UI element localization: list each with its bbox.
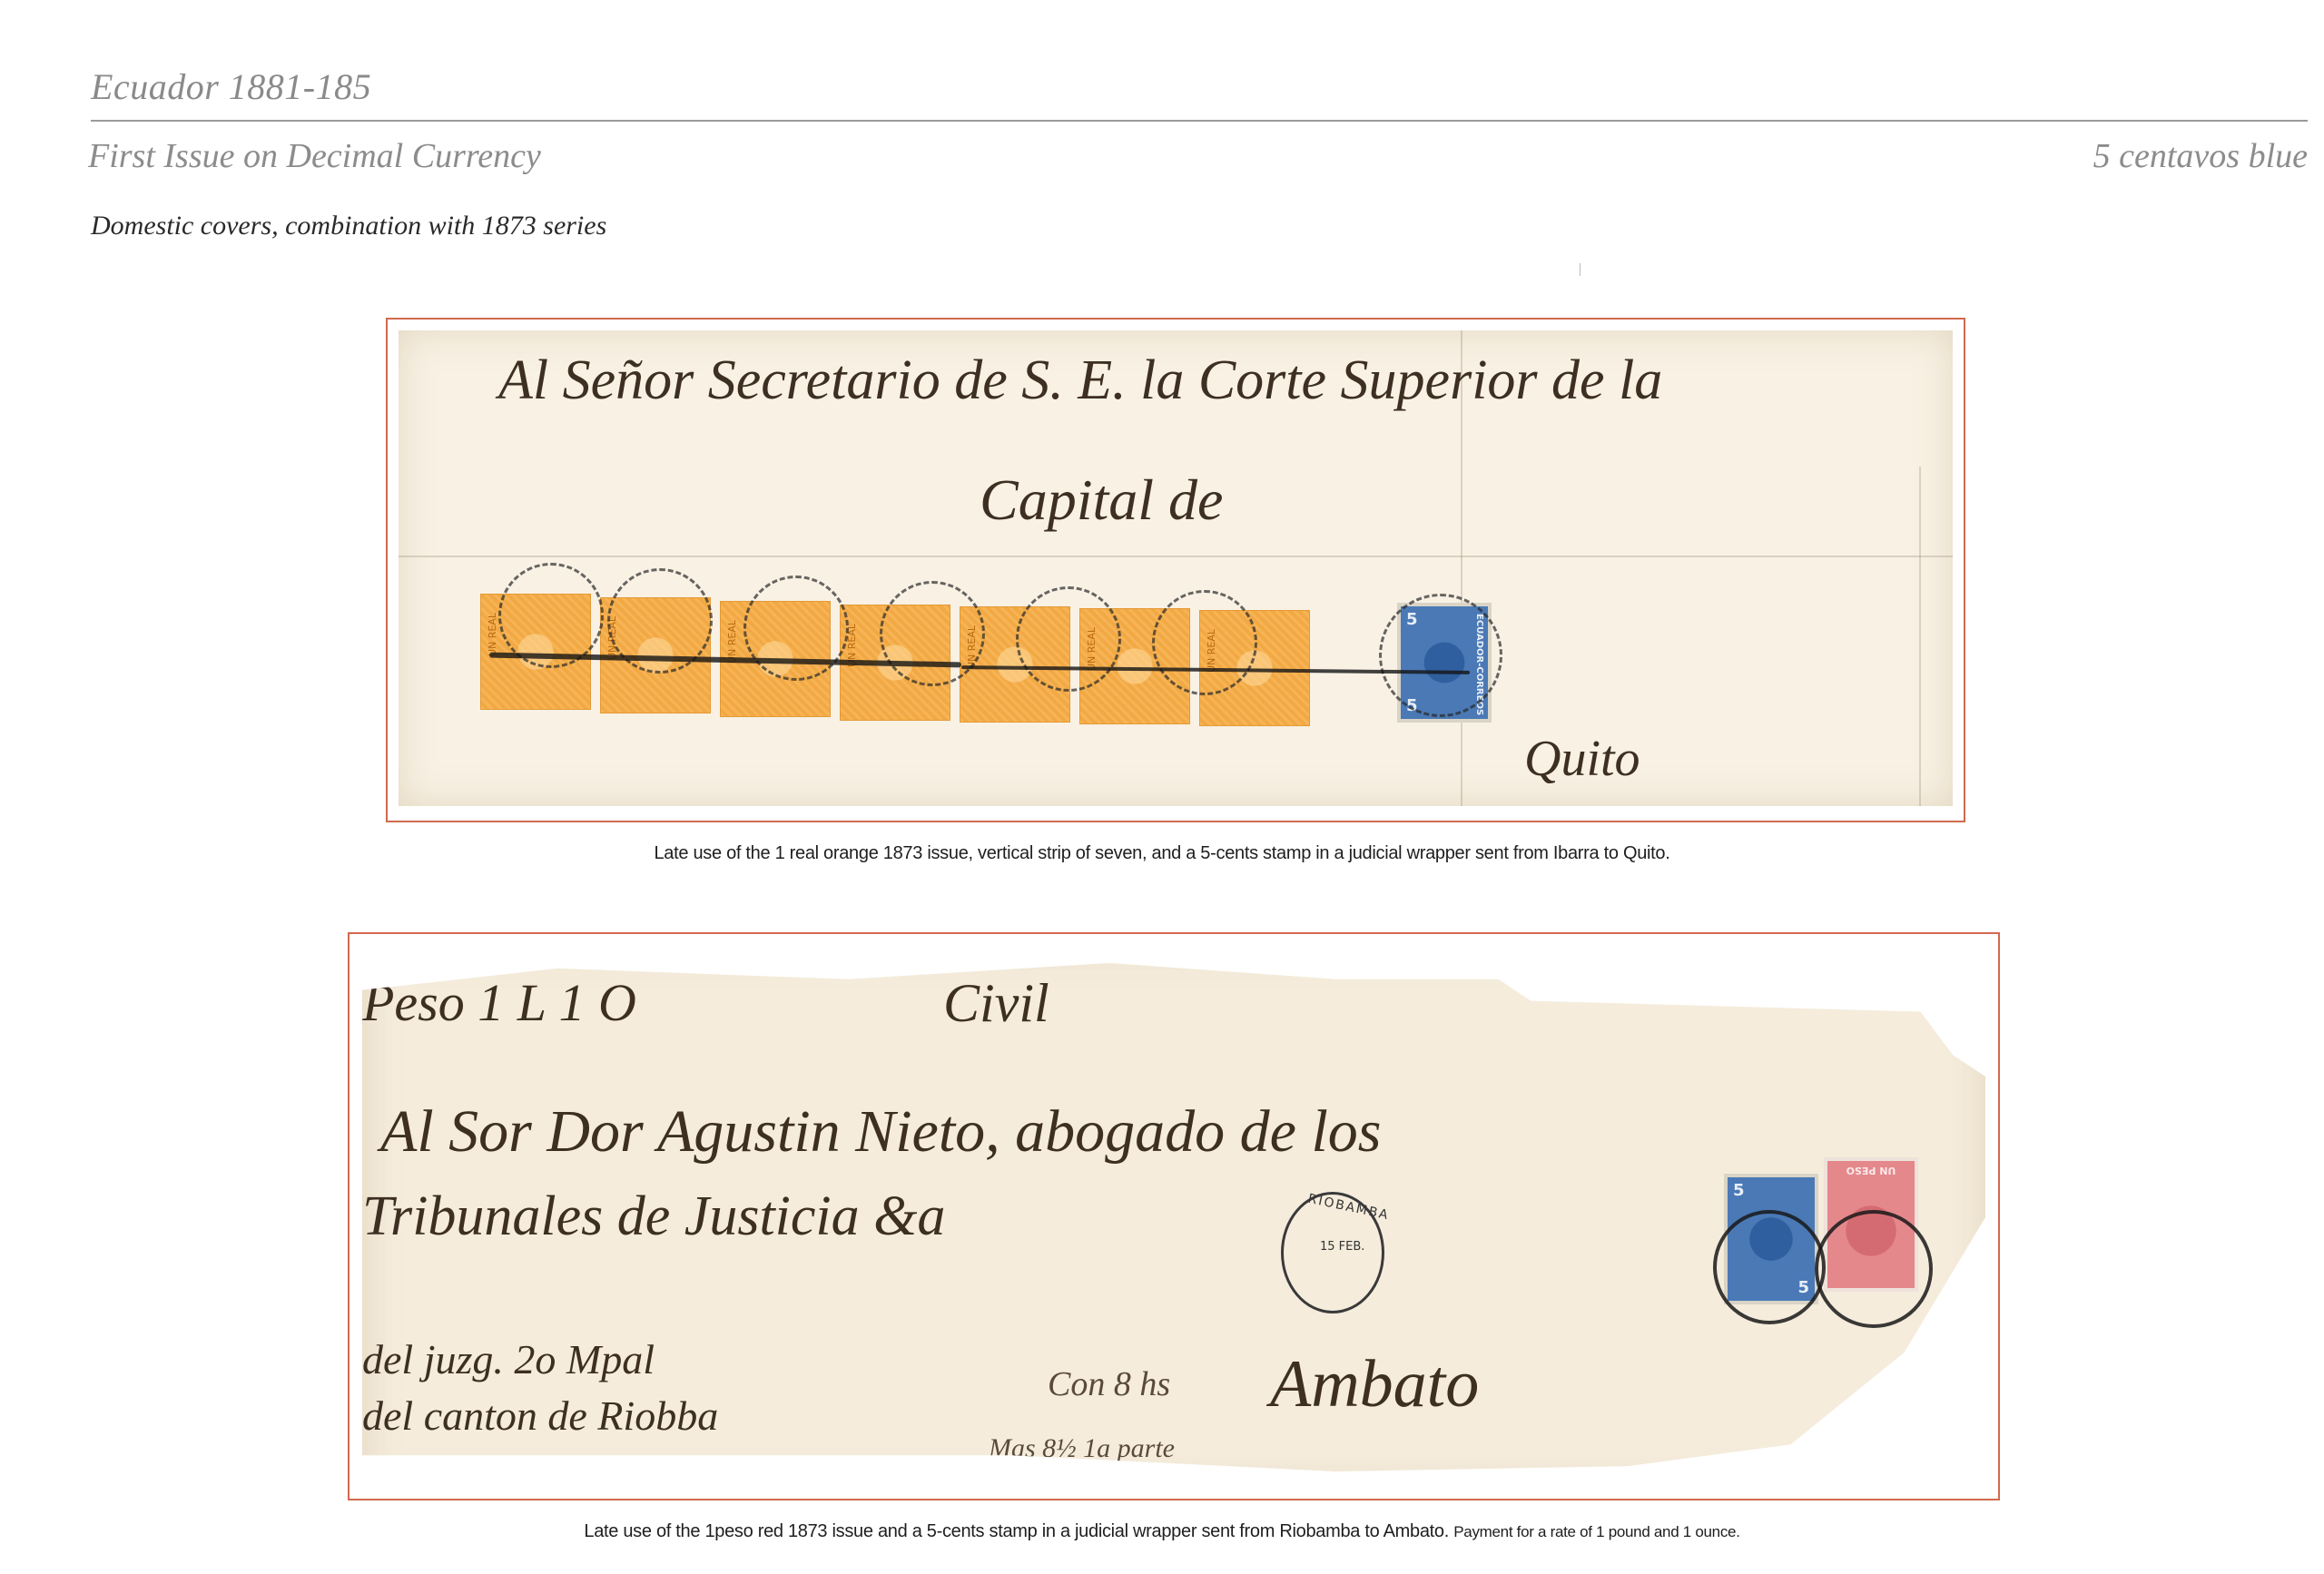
cover-riobamba-ambato: Peso 1 L 1 O Civil Al Sor Dor Agustin Ni… — [348, 932, 2000, 1500]
section-heading: Domestic covers, combination with 1873 s… — [91, 211, 606, 241]
cover-2-caption-main: Late use of the 1peso red 1873 issue and… — [584, 1521, 1449, 1541]
return-note: en regreso — [1052, 1461, 1151, 1488]
circular-cancel — [1152, 590, 1257, 695]
cover-ibarra-quito: Al Señor Secretario de S. E. la Corte Su… — [386, 318, 1965, 822]
addressee-line-2: Tribunales de Justicia &a — [362, 1185, 945, 1249]
address-line-2: Capital de — [980, 467, 1223, 534]
contents-note: Con 8 hs — [1048, 1364, 1170, 1404]
weight-note: Peso 1 L 1 O — [362, 972, 636, 1033]
fold-line — [1919, 467, 1921, 806]
page-title: Ecuador 1881-185 — [91, 65, 371, 108]
cover-2-caption-note: Payment for a rate of 1 pound and 1 ounc… — [1453, 1523, 1739, 1540]
header-divider — [91, 120, 2308, 122]
circular-cancel — [1379, 594, 1502, 717]
fold-line — [399, 556, 1953, 557]
wrapper-paper: Al Señor Secretario de S. E. la Corte Su… — [399, 330, 1953, 806]
page-mark — [1580, 263, 1581, 276]
wrapper-paper: Peso 1 L 1 O Civil Al Sor Dor Agustin Ni… — [362, 947, 1985, 1488]
rate-note: Mas 8½ 1a parte — [989, 1433, 1175, 1464]
page-subtitle: First Issue on Decimal Currency — [88, 136, 541, 176]
addressee-line: Al Sor Dor Agustin Nieto, abogado de los — [380, 1097, 1381, 1166]
civil-note: Civil — [943, 972, 1049, 1035]
circular-cancel — [880, 581, 985, 686]
origin-line-1: del juzg. 2o Mpal — [362, 1335, 655, 1383]
circular-cancel — [743, 575, 849, 681]
circular-cancel — [1713, 1210, 1826, 1324]
destination-ambato: Ambato — [1270, 1346, 1479, 1423]
circular-cancel — [1016, 586, 1121, 692]
origin-line-2: del canton de Riobba — [362, 1392, 718, 1440]
address-destination: Quito — [1524, 730, 1640, 788]
cover-1-caption: Late use of the 1 real orange 1873 issue… — [0, 843, 2324, 864]
cover-2-caption: Late use of the 1peso red 1873 issue and… — [0, 1521, 2324, 1542]
riobamba-postmark: RIOBAMBA 15 FEB. — [1281, 1192, 1384, 1313]
circular-cancel — [1815, 1210, 1933, 1328]
address-line-1: Al Señor Secretario de S. E. la Corte Su… — [498, 349, 1662, 413]
stamp-type-heading: 5 centavos blue — [2093, 136, 2308, 176]
